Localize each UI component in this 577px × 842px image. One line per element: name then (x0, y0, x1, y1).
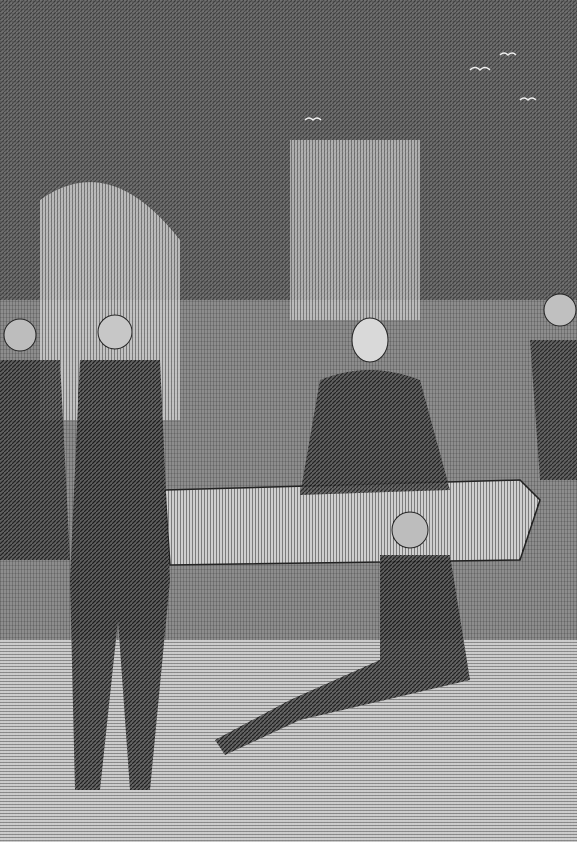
man-right-head (544, 294, 576, 326)
window (290, 140, 420, 320)
engraving-illustration (0, 0, 577, 842)
seated-man-head (392, 512, 428, 548)
engraving-drawing (0, 0, 577, 842)
man-left-head (4, 319, 36, 351)
bald-man-head (352, 318, 388, 362)
man-right-body (530, 340, 577, 480)
man-left-body (0, 360, 70, 560)
bald-man-body (300, 370, 450, 495)
young-man-head (98, 315, 132, 349)
